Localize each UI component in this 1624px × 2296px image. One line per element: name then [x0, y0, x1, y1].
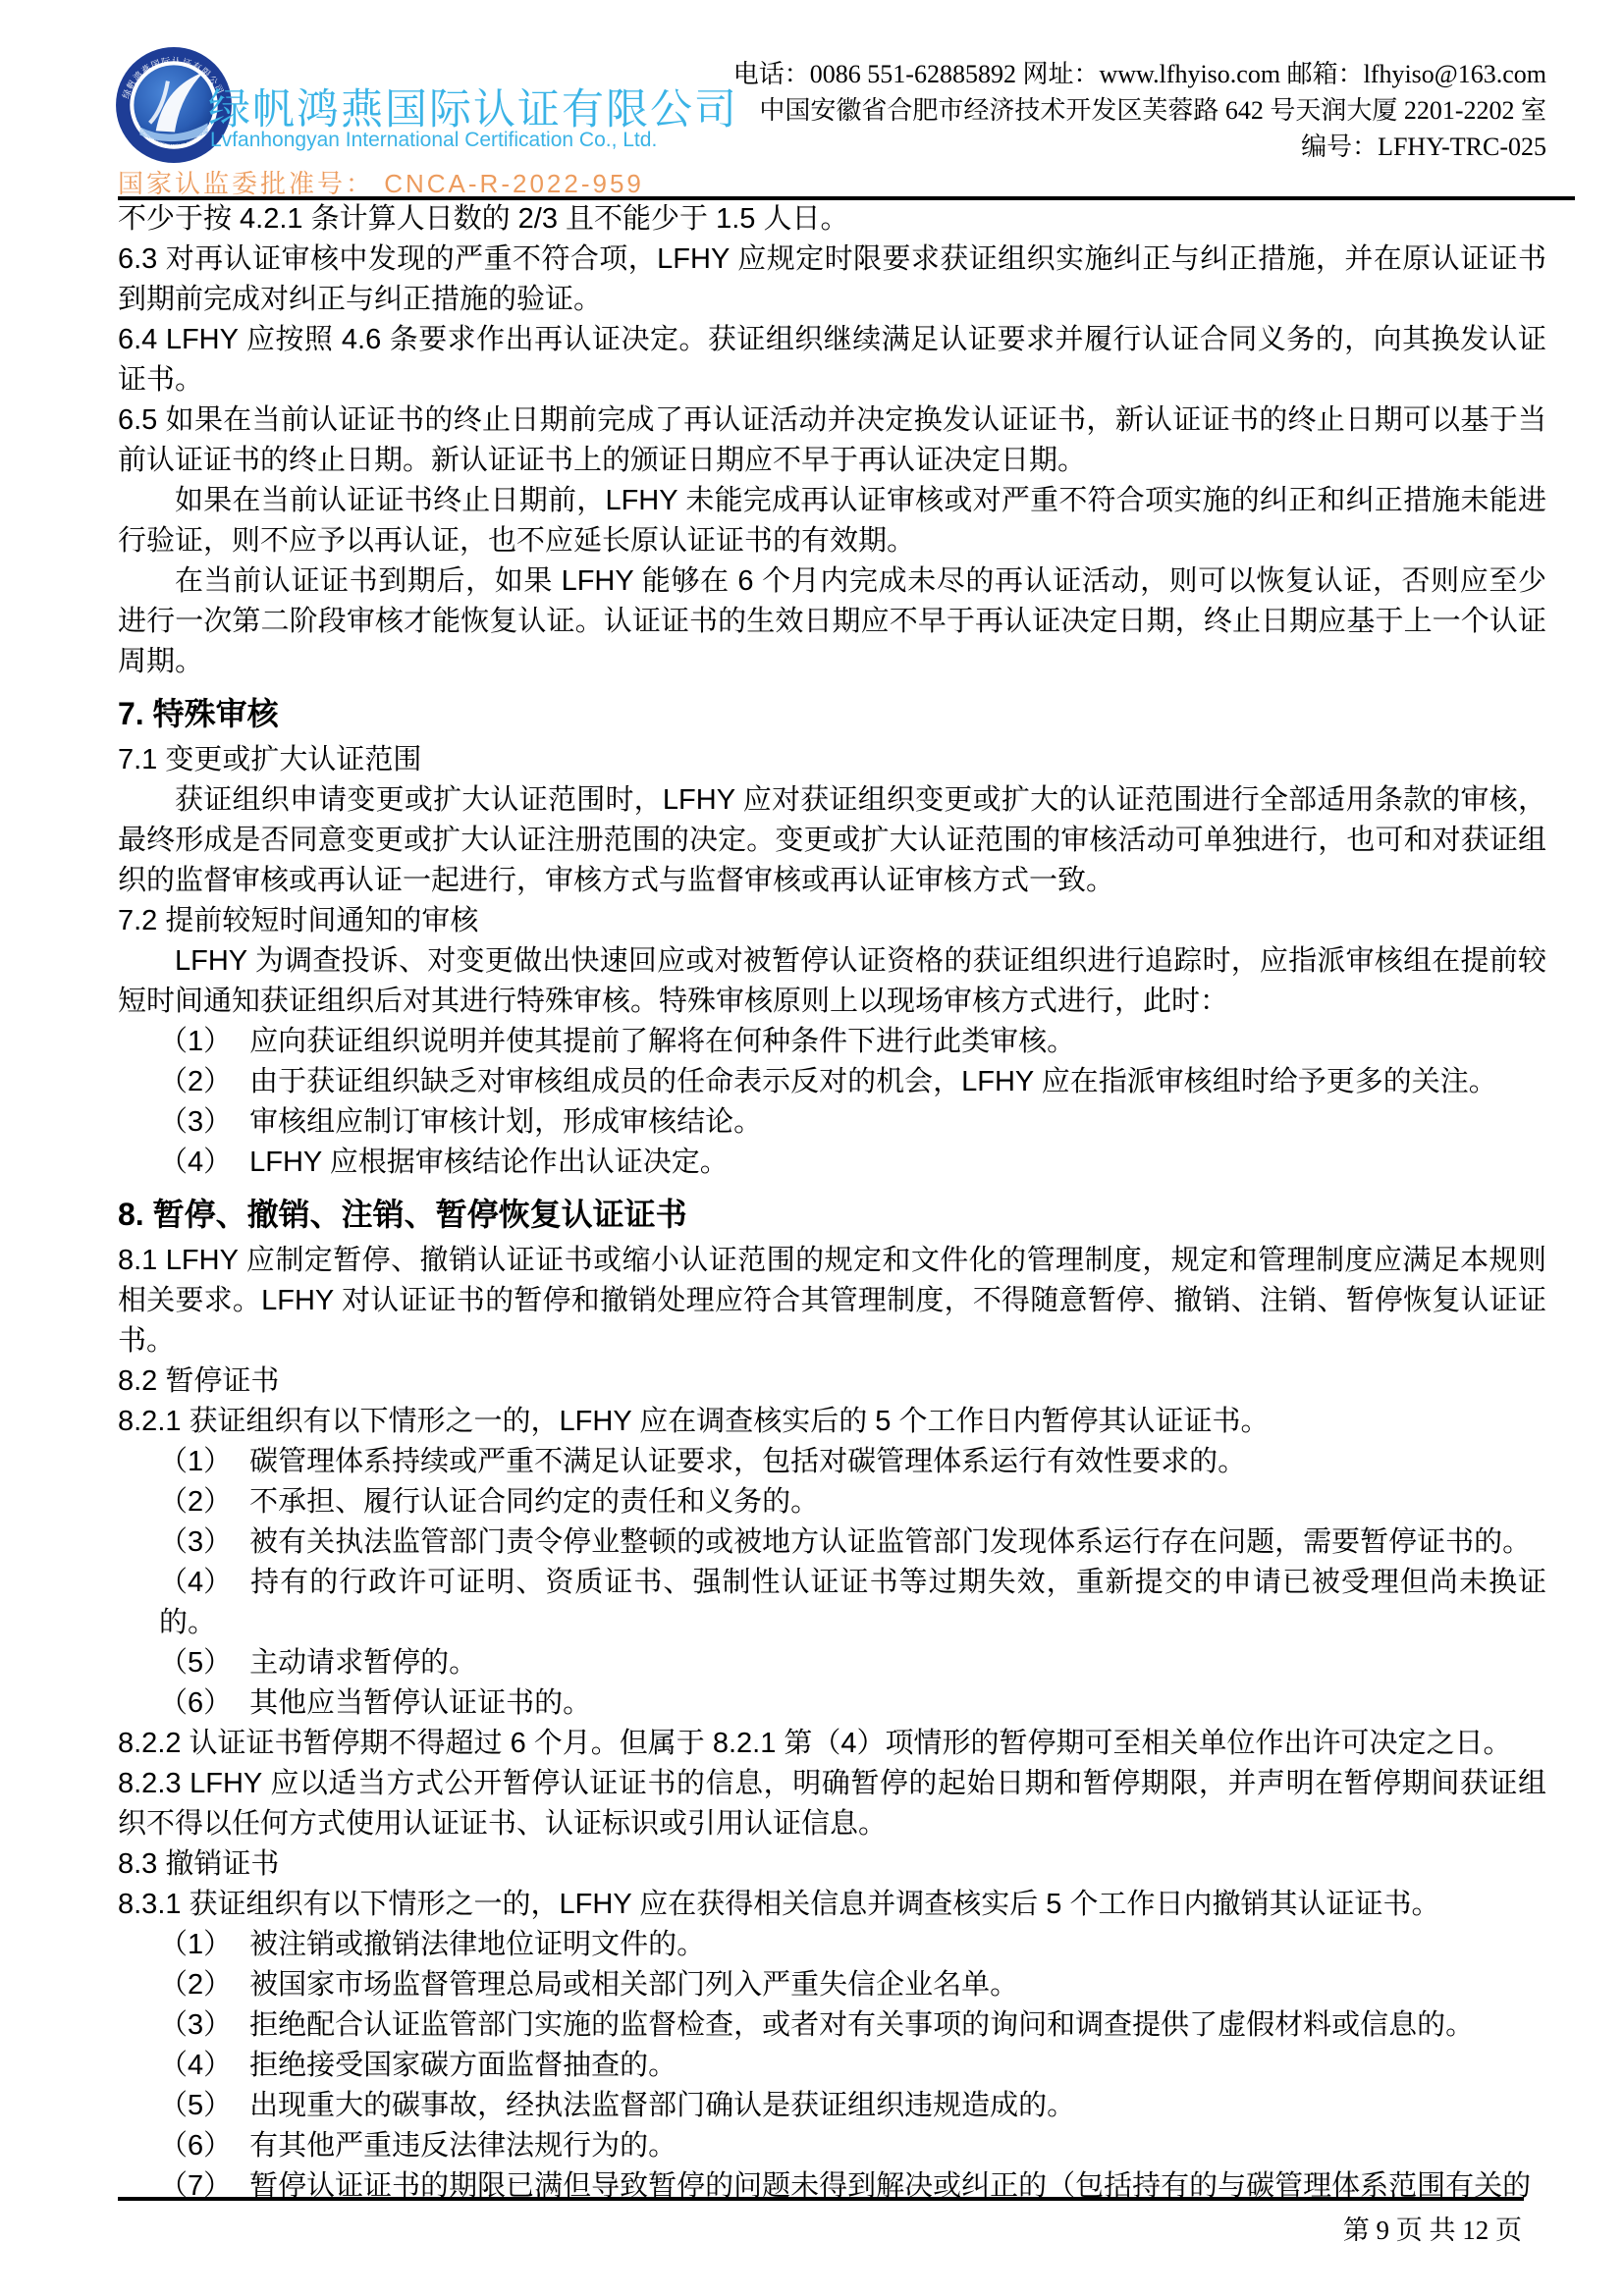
list-item: （1）被注销或撤销法律地位证明文件的。	[118, 1925, 1546, 1965]
company-name-zh: 绿帆鸿燕国际认证有限公司	[208, 77, 738, 136]
contact-line: 电话：0086 551-62885892 网址：www.lfhyiso.com …	[733, 56, 1546, 92]
list-item-text: 其他应当暂停认证证书的。	[249, 1687, 591, 1719]
body-paragraph: 6.3 对再认证审核中发现的严重不符合项，LFHY 应规定时限要求获证组织实施纠…	[118, 240, 1546, 320]
list-item-text: 有其他严重违反法律法规行为的。	[249, 2130, 677, 2162]
list-item-text: 被国家市场监督管理总局或相关部门列入严重失信企业名单。	[249, 1969, 1018, 2001]
list-item-marker: （6）	[159, 1683, 232, 1724]
list-item: （1）应向获证组织说明并使其提前了解将在何种条件下进行此类审核。	[118, 1022, 1546, 1062]
document-number: 编号：LFHY-TRC-025	[733, 129, 1546, 165]
body-paragraph: 7.2 提前较短时间通知的审核	[118, 901, 1546, 941]
list-item-text: 应向获证组织说明并使其提前了解将在何种条件下进行此类审核。	[249, 1026, 1075, 1057]
list-item-marker: （2）	[159, 1062, 232, 1102]
list-item-marker: （3）	[159, 1102, 232, 1143]
list-item-text: 被注销或撤销法律地位证明文件的。	[249, 1929, 705, 1960]
list-item-text: 出现重大的碳事故，经执法监督部门确认是获证组织违规造成的。	[249, 2090, 1075, 2121]
list-item: （3）审核组应制订审核计划，形成审核结论。	[118, 1102, 1546, 1143]
document-body: 不少于按 4.2.1 条计算人日数的 2/3 且不能少于 1.5 人日。6.3 …	[118, 199, 1546, 2207]
list-item-marker: （1）	[159, 1925, 232, 1965]
section-heading: 8. 暂停、撤销、注销、暂停恢复认证证书	[118, 1192, 1546, 1237]
page-number: 第 9 页 共 12 页	[1343, 2209, 1522, 2247]
list-item: （2）被国家市场监督管理总局或相关部门列入严重失信企业名单。	[118, 1965, 1546, 2005]
list-item-text: 持有的行政许可证明、资质证书、强制性认证证书等过期失效，重新提交的申请已被受理但…	[159, 1567, 1546, 1638]
list-item: （3）被有关执法监管部门责令停业整顿的或被地方认证监管部门发现体系运行存在问题，…	[118, 1522, 1546, 1563]
body-paragraph: 6.4 LFHY 应按照 4.6 条要求作出再认证决定。获证组织继续满足认证要求…	[118, 320, 1546, 400]
document-page: 绿帆鸿燕国际认证有限公司 LVFANHONGYAN INTERNATIONAL …	[0, 0, 1624, 2296]
list-item-marker: （6）	[159, 2126, 232, 2166]
list-item: （4）持有的行政许可证明、资质证书、强制性认证证书等过期失效，重新提交的申请已被…	[118, 1563, 1546, 1643]
list-item: （2）由于获证组织缺乏对审核组成员的任命表示反对的机会，LFHY 应在指派审核组…	[118, 1062, 1546, 1102]
list-item: （4）拒绝接受国家碳方面监督抽查的。	[118, 2046, 1546, 2086]
list-item: （6）有其他严重违反法律法规行为的。	[118, 2126, 1546, 2166]
body-paragraph: 不少于按 4.2.1 条计算人日数的 2/3 且不能少于 1.5 人日。	[118, 199, 1546, 240]
list-item: （5）出现重大的碳事故，经执法监督部门确认是获证组织违规造成的。	[118, 2086, 1546, 2126]
body-paragraph: LFHY 为调查投诉、对变更做出快速回应或对被暂停认证资格的获证组织进行追踪时，…	[118, 941, 1546, 1022]
header-contact-block: 电话：0086 551-62885892 网址：www.lfhyiso.com …	[733, 56, 1546, 165]
list-item-text: 被有关执法监管部门责令停业整顿的或被地方认证监管部门发现体系运行存在问题，需要暂…	[249, 1526, 1531, 1558]
footer-divider	[118, 2197, 1524, 2201]
list-item: （6）其他应当暂停认证证书的。	[118, 1683, 1546, 1724]
list-item: （1）碳管理体系持续或严重不满足认证要求，包括对碳管理体系运行有效性要求的。	[118, 1442, 1546, 1482]
list-item-marker: （2）	[159, 1482, 232, 1522]
list-item: （5）主动请求暂停的。	[118, 1643, 1546, 1683]
body-paragraph: 8.1 LFHY 应制定暂停、撤销认证证书或缩小认证范围的规定和文件化的管理制度…	[118, 1241, 1546, 1362]
body-paragraph: 7.1 变更或扩大认证范围	[118, 740, 1546, 780]
approval-number: 国家认监委批准号： CNCA-R-2022-959	[118, 164, 644, 200]
list-item-text: 拒绝配合认证监管部门实施的监督检查，或者对有关事项的询问和调查提供了虚假材料或信…	[249, 2009, 1474, 2041]
list-item-marker: （4）	[159, 1143, 232, 1183]
list-item-marker: （4）	[159, 1563, 232, 1603]
body-paragraph: 8.2 暂停证书	[118, 1362, 1546, 1402]
company-name-en: Lvfanhongyan International Certification…	[210, 129, 657, 152]
body-paragraph: 6.5 如果在当前认证证书的终止日期前完成了再认证活动并决定换发认证证书，新认证…	[118, 400, 1546, 481]
list-item-text: 主动请求暂停的。	[249, 1647, 477, 1679]
body-paragraph: 8.3 撤销证书	[118, 1844, 1546, 1885]
address-line: 中国安徽省合肥市经济技术开发区芙蓉路 642 号天润大厦 2201-2202 室	[733, 92, 1546, 129]
section-heading: 7. 特殊审核	[118, 691, 1546, 736]
list-item-text: 碳管理体系持续或严重不满足认证要求，包括对碳管理体系运行有效性要求的。	[249, 1446, 1246, 1477]
body-paragraph: 在当前认证证书到期后，如果 LFHY 能够在 6 个月内完成未尽的再认证活动，则…	[118, 561, 1546, 682]
list-item-text: LFHY 应根据审核结论作出认证决定。	[249, 1147, 729, 1178]
body-paragraph: 8.3.1 获证组织有以下情形之一的，LFHY 应在获得相关信息并调查核实后 5…	[118, 1885, 1546, 1925]
list-item: （4）LFHY 应根据审核结论作出认证决定。	[118, 1143, 1546, 1183]
body-paragraph: 8.2.2 认证证书暂停期不得超过 6 个月。但属于 8.2.1 第（4）项情形…	[118, 1724, 1546, 1764]
list-item: （2）不承担、履行认证合同约定的责任和义务的。	[118, 1482, 1546, 1522]
body-paragraph: 8.2.3 LFHY 应以适当方式公开暂停认证证书的信息，明确暂停的起始日期和暂…	[118, 1764, 1546, 1844]
body-paragraph: 8.2.1 获证组织有以下情形之一的，LFHY 应在调查核实后的 5 个工作日内…	[118, 1402, 1546, 1442]
list-item-marker: （2）	[159, 1965, 232, 2005]
list-item-marker: （1）	[159, 1442, 232, 1482]
list-item: （3）拒绝配合认证监管部门实施的监督检查，或者对有关事项的询问和调查提供了虚假材…	[118, 2005, 1546, 2046]
list-item-marker: （5）	[159, 1643, 232, 1683]
list-item-marker: （3）	[159, 1522, 232, 1563]
list-item-text: 审核组应制订审核计划，形成审核结论。	[249, 1106, 762, 1138]
body-paragraph: 获证组织申请变更或扩大认证范围时，LFHY 应对获证组织变更或扩大的认证范围进行…	[118, 780, 1546, 901]
list-item-marker: （1）	[159, 1022, 232, 1062]
body-paragraph: 如果在当前认证证书终止日期前，LFHY 未能完成再认证审核或对严重不符合项实施的…	[118, 481, 1546, 561]
list-item-marker: （4）	[159, 2046, 232, 2086]
list-item-marker: （5）	[159, 2086, 232, 2126]
list-item-text: 拒绝接受国家碳方面监督抽查的。	[249, 2050, 677, 2081]
list-item-text: 不承担、履行认证合同约定的责任和义务的。	[249, 1486, 819, 1518]
list-item-marker: （3）	[159, 2005, 232, 2046]
list-item-text: 由于获证组织缺乏对审核组成员的任命表示反对的机会，LFHY 应在指派审核组时给予…	[249, 1066, 1497, 1097]
